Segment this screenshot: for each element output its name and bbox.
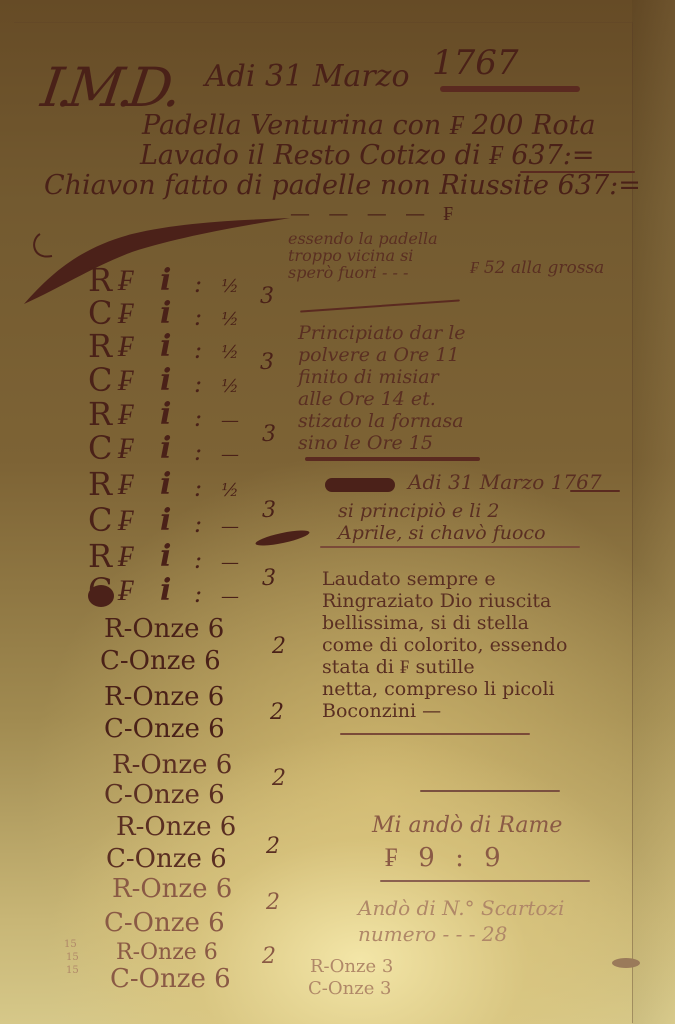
tally-mark: 3 bbox=[262, 568, 276, 590]
onze-entry: C-Onze 6 bbox=[110, 966, 231, 992]
lira-entry: C ₣ i : ½ bbox=[88, 362, 250, 396]
note-rule bbox=[320, 546, 580, 548]
padella-amount: ₣ 52 alla grossa bbox=[470, 260, 604, 277]
header-line-3: Chiavon fatto di padelle non Riussite 63… bbox=[44, 172, 641, 199]
lira-entry: R ₣ i : — bbox=[88, 538, 250, 572]
margin-mark: 15 bbox=[66, 966, 79, 976]
process-note: Principiato dar le polvere a Ore 11 fini… bbox=[298, 322, 466, 454]
year-underline bbox=[570, 490, 620, 492]
onze-entry: C-Onze 6 bbox=[104, 910, 225, 936]
onze-entry: R-Onze 6 bbox=[112, 752, 232, 778]
onze-entry: R-Onze 6 bbox=[104, 684, 224, 710]
header-line-1: Padella Venturina con ₣ 200 Rota bbox=[142, 112, 596, 139]
lira-entry: R ₣ i : — bbox=[88, 396, 250, 430]
tally-mark: 2 bbox=[272, 636, 286, 658]
ink-smudge bbox=[612, 958, 640, 968]
lira-entry: C ₣ i : — bbox=[88, 430, 250, 464]
ink-blot bbox=[88, 585, 114, 607]
small-onze-entry: R-Onze 3 bbox=[310, 958, 393, 976]
tally-mark: 2 bbox=[262, 946, 276, 968]
scartozi-note: Andò di N.° Scartozi numero - - - 28 bbox=[358, 895, 564, 947]
note-rule bbox=[305, 457, 480, 461]
note-rule bbox=[420, 790, 560, 792]
praise-note: Laudato sempre e Ringraziato Dio riuscit… bbox=[322, 568, 567, 722]
struck-word bbox=[325, 478, 395, 492]
onze-entry: C-Onze 6 bbox=[100, 648, 221, 674]
lira-entry: R ₣ i : ½ bbox=[88, 262, 250, 296]
onze-entry: R-Onze 6 bbox=[112, 876, 232, 902]
onze-entry: C-Onze 6 bbox=[104, 716, 225, 742]
margin-mark: 15 bbox=[64, 940, 77, 950]
onze-entry: R-Onze 6 bbox=[116, 814, 236, 840]
lira-entry: C ₣ i : ½ bbox=[88, 295, 250, 329]
lira-entry: R ₣ i : ½ bbox=[88, 328, 250, 362]
tally-mark: 3 bbox=[262, 424, 276, 446]
tally-mark: 3 bbox=[260, 352, 274, 374]
second-date: Adi 31 Marzo 1767 bbox=[408, 472, 602, 492]
lira-entry: C ₣ i : — bbox=[88, 502, 250, 536]
header-line-2: Lavado il Resto Cotizo di ₣ 637:= bbox=[140, 142, 595, 169]
padella-note: essendo la padella troppo vicina si sper… bbox=[288, 230, 438, 281]
onze-entry: C-Onze 6 bbox=[104, 782, 225, 808]
tally-mark: 2 bbox=[272, 768, 286, 790]
header-year: 1767 bbox=[432, 46, 519, 80]
note-rule bbox=[340, 733, 530, 735]
tally-mark: 2 bbox=[266, 836, 280, 858]
page-edge bbox=[632, 0, 675, 1024]
tally-mark: 3 bbox=[262, 500, 276, 522]
tally-mark: 2 bbox=[266, 892, 280, 914]
onze-entry: C-Onze 6 bbox=[106, 846, 227, 872]
margin-mark: 15 bbox=[66, 953, 79, 963]
header-date: Adi 31 Marzo bbox=[205, 62, 410, 92]
lira-entry: R ₣ i : ½ bbox=[88, 466, 250, 500]
small-onze-entry: C-Onze 3 bbox=[308, 980, 392, 998]
rame-note: Mi andò di Rame bbox=[372, 815, 562, 837]
year-underline bbox=[440, 86, 580, 92]
onze-entry: R-Onze 6 bbox=[104, 616, 224, 642]
tally-mark: 2 bbox=[270, 702, 284, 724]
tally-mark: 3 bbox=[260, 286, 274, 308]
second-date-note: si principiò e li 2 Aprile, si chavò fuo… bbox=[338, 500, 546, 544]
header-divider: — — — — ₣ bbox=[290, 203, 459, 223]
rame-amount: ₣ 9 : 9 bbox=[385, 845, 507, 871]
onze-entry: R-Onze 6 bbox=[116, 942, 218, 964]
note-rule bbox=[380, 880, 590, 882]
